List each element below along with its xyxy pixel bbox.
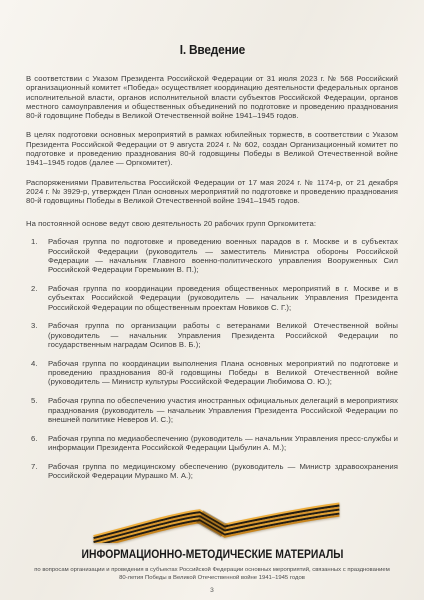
item-text: Рабочая группа по обеспечению участия ин… [48,396,398,424]
working-groups-list: 1. Рабочая группа по подготовке и провед… [0,237,424,480]
item-text: Рабочая группа по медицинскому обеспечен… [48,462,398,481]
paragraph-decree-568: В соответствии с Указом Президента Росси… [26,74,398,120]
footer-title: ИНФОРМАЦИОННО-МЕТОДИЧЕСКИЕ МАТЕРИАЛЫ [0,545,424,563]
item-number: 4. [31,359,48,387]
document-page: I. Введение В соответствии с Указом През… [0,0,424,600]
section-heading: I. Введение [0,25,424,62]
page-number: 3 [0,587,424,594]
paragraph-decree-602: В целях подготовки основных мероприятий … [26,130,398,167]
section-heading-text: I. Введение [179,43,244,57]
item-number: 1. [31,237,48,274]
working-group-item: 7. Рабочая группа по медицинскому обеспе… [31,462,398,481]
item-number: 7. [31,462,48,481]
item-number: 5. [31,396,48,424]
paragraph-gov-orders: Распоряжениями Правительства Российской … [26,178,398,206]
item-number: 2. [31,284,48,312]
working-group-item: 1. Рабочая группа по подготовке и провед… [31,237,398,274]
working-group-item: 6. Рабочая группа по медиаобеспечению (р… [31,434,398,453]
working-group-item: 3. Рабочая группа по организации работы … [31,321,398,349]
item-text: Рабочая группа по медиаобеспечению (руко… [48,434,398,453]
working-group-item: 4. Рабочая группа по координации выполне… [31,359,398,387]
item-text: Рабочая группа по координации выполнения… [48,359,398,387]
working-group-item: 2. Рабочая группа по координации проведе… [31,284,398,312]
item-text: Рабочая группа по координации проведения… [48,284,398,312]
footer-title-text: ИНФОРМАЦИОННО-МЕТОДИЧЕСКИЕ МАТЕРИАЛЫ [81,549,343,561]
footer-subtitle: по вопросам организации и проведения в с… [34,567,390,582]
item-number: 6. [31,434,48,453]
item-number: 3. [31,321,48,349]
item-text: Рабочая группа по организации работы с в… [48,321,398,349]
paragraph-working-groups-intro: На постоянной основе ведут свою деятельн… [26,219,398,228]
working-group-item: 5. Рабочая группа по обеспечению участия… [31,396,398,424]
page-footer: ИНФОРМАЦИОННО-МЕТОДИЧЕСКИЕ МАТЕРИАЛЫ по … [0,499,424,600]
item-text: Рабочая группа по подготовке и проведени… [48,237,398,274]
st-george-ribbon-icon [0,499,424,543]
